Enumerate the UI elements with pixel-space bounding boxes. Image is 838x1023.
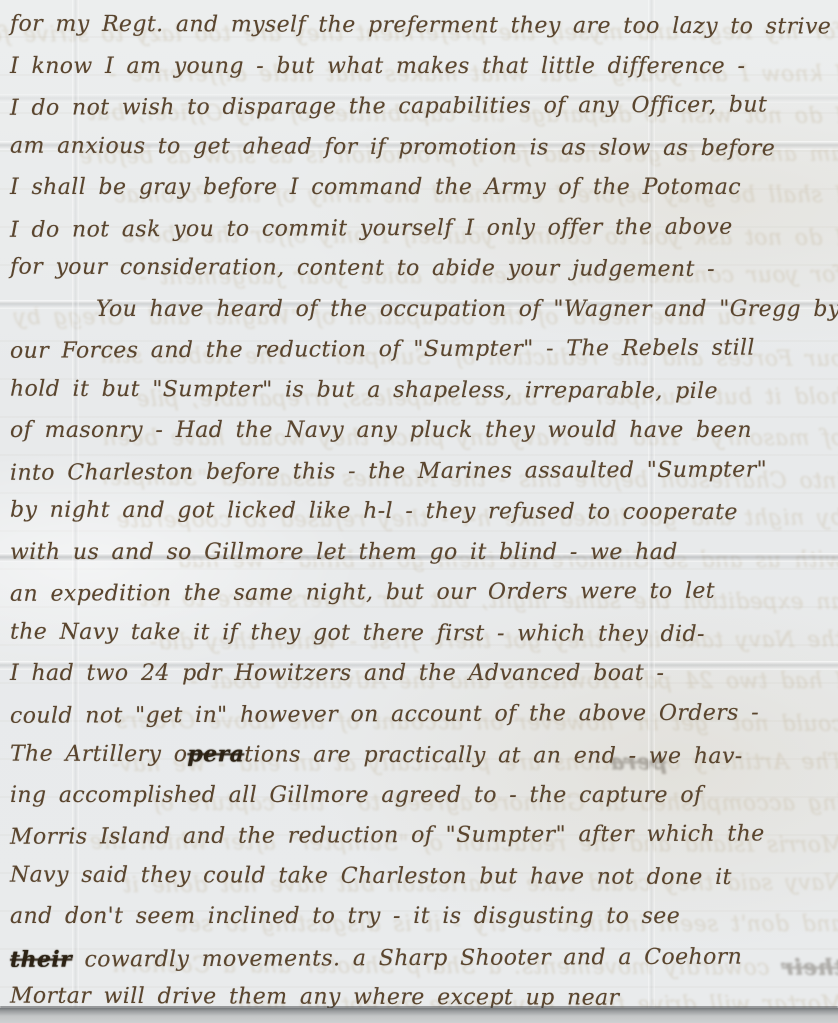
letter-line: and don't seem inclined to try - it is d… <box>10 897 828 938</box>
letter-line: by night and got licked like h-l - they … <box>10 491 828 534</box>
overwritten-word: their <box>10 946 72 972</box>
letter-line: I know I am young - but what makes that … <box>10 47 828 88</box>
letter-line: am anxious to get ahead for if promotion… <box>10 126 828 169</box>
letter-line: our Forces and the reduction of "Sumpter… <box>10 328 828 372</box>
letter-line: Morris Island and the reduction of "Sump… <box>10 814 828 858</box>
letter-line: The Artillery operations are practically… <box>10 734 828 777</box>
letter-line: for my Regt. and myself the preferment t… <box>10 5 828 48</box>
letter-line: of masonry - Had the Navy any pluck they… <box>10 411 828 452</box>
letter-line: into Charleston before this - the Marine… <box>10 450 828 494</box>
letter-line: their cowardly movements. a Sharp Shoote… <box>10 936 828 980</box>
letter-line: Navy said they could take Charleston but… <box>10 855 828 898</box>
letter-line: You have heard of the occupation of "Wag… <box>10 290 828 331</box>
letter-line: for your consideration, content to abide… <box>10 248 828 291</box>
letter-line: I had two 24 pdr Howitzers and the Advan… <box>10 654 828 695</box>
letter-line: the Navy take it if they got there first… <box>10 612 828 655</box>
letter-line: I do not wish to disparage the capabilit… <box>10 85 828 129</box>
letter-line: Mortar will drive them any where except … <box>10 977 828 1020</box>
letter-body: for my Regt. and myself the preferment t… <box>0 0 838 1019</box>
letter-line: I shall be gray before I command the Arm… <box>10 168 828 209</box>
overwritten-word: pera <box>187 741 244 767</box>
letter-line: could not "get in" however on account of… <box>10 693 828 737</box>
letter-line: ing accomplished all Gillmore agreed to … <box>10 776 828 817</box>
letter-line: hold it but "Sumpter" is but a shapeless… <box>10 369 828 412</box>
letter-line: I do not ask you to commit yourself I on… <box>10 207 828 251</box>
letter-line: an expedition the same night, but our Or… <box>10 571 828 615</box>
letter-page: for my Regt. and myself the preferment t… <box>0 0 838 1023</box>
letter-line: with us and so Gillmore let them go it b… <box>10 533 828 574</box>
